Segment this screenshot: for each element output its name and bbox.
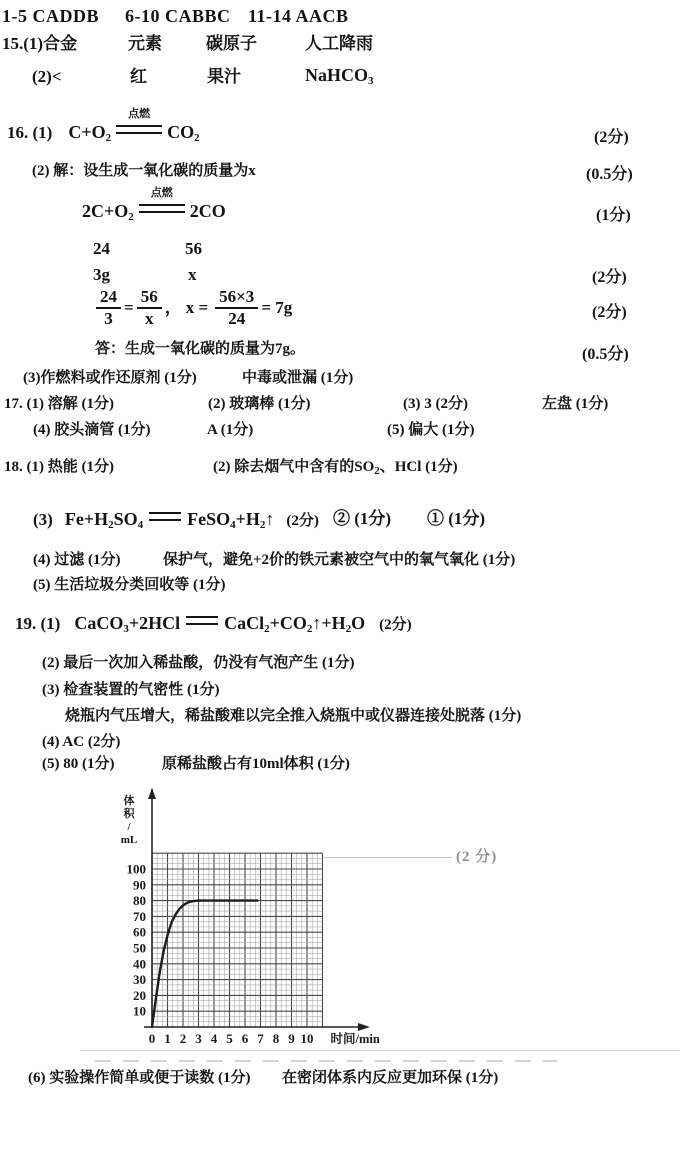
eq-lhs-sub: 2 xyxy=(106,132,112,144)
svg-text:6: 6 xyxy=(242,1031,249,1046)
eq-part: FeSO xyxy=(187,509,230,529)
scan-artifact-dashes xyxy=(95,1060,557,1062)
eq-rhs: 2CO xyxy=(190,201,226,221)
eq-lhs-sub: 2 xyxy=(128,211,134,223)
eq-part: Fe+H xyxy=(65,509,108,529)
given-mass: 3g xyxy=(93,264,110,285)
scan-artifact-line xyxy=(80,1050,680,1051)
svg-text:3: 3 xyxy=(195,1031,202,1046)
q17-3-answer: (3) 3 (2分) xyxy=(403,395,468,414)
q16-2-score: (0.5分) xyxy=(586,161,633,184)
answers-1-5: 1-5 CADDB xyxy=(2,5,99,28)
svg-text:60: 60 xyxy=(133,925,146,940)
eq-part: +H xyxy=(321,613,345,633)
eq-part: SO xyxy=(114,509,138,529)
q19-1-equation-row: 19. (1) CaCO3+2HClCaCl2+CO2↑+H2O (2分) xyxy=(15,612,412,637)
chart-score: (2 分) xyxy=(456,845,497,866)
denominator: 3 xyxy=(96,309,121,329)
q16-1-equation-row: 16. (1) C+O2点燃CO2 xyxy=(7,121,200,146)
answer-text-cont: 、HCl (1分) xyxy=(380,459,458,475)
q19-5-answer-b: 原稀盐酸占有10ml体积 (1分) xyxy=(162,755,350,774)
eq-rhs: CO xyxy=(167,122,194,142)
calculation-score: (2分) xyxy=(592,299,627,322)
svg-text:8: 8 xyxy=(273,1031,280,1046)
comma: ， xyxy=(165,297,182,318)
q17-4-answer-b: A (1分) xyxy=(207,421,253,440)
eq-part: CaCO xyxy=(74,613,123,633)
fraction-56-x: 56x xyxy=(137,287,162,328)
q19-6-answer-a: (6) 实验操作简单或便于读数 (1分) xyxy=(28,1069,250,1088)
svg-text:70: 70 xyxy=(133,909,146,924)
eq-part: +2HCl xyxy=(129,613,180,633)
numerator: 56 xyxy=(137,287,162,309)
q19-3-answer-a: (3) 检查装置的气密性 (1分) xyxy=(42,681,219,700)
score-leader-line xyxy=(324,857,452,858)
double-equals xyxy=(149,512,181,521)
svg-text:30: 30 xyxy=(133,972,146,987)
chart-svg: 102030405060708090100012345678910时间/min xyxy=(96,786,436,1068)
q17-4-answer: (4) 胶头滴管 (1分) xyxy=(33,421,150,440)
ylabel-char: 积 xyxy=(118,808,140,821)
q18-2-answer: (2) 除去烟气中含有的SO2、HCl (1分) xyxy=(213,458,458,479)
svg-text:7: 7 xyxy=(257,1031,264,1046)
gas-up-arrow: ↑ xyxy=(265,509,274,529)
caco3-hcl-equation: CaCO3+2HClCaCl2+CO2↑+H2O xyxy=(74,613,365,633)
proportion-calculation: 243 = 56x ， x = 56×324 = 7g xyxy=(93,287,292,328)
q16-1-number: 16. (1) xyxy=(7,123,52,142)
volume-time-chart: 102030405060708090100012345678910时间/min … xyxy=(96,786,456,1068)
q15-2-answer-2: 红 xyxy=(130,66,147,87)
eq-part: +H xyxy=(236,509,260,529)
denominator: 24 xyxy=(215,309,258,329)
q15-1-no-and-answer: 15.(1)合金 xyxy=(2,33,77,54)
q16-3-answer-b: 中毒或泄漏 (1分) xyxy=(242,369,353,388)
q18-1-answer: 18. (1) 热能 (1分) xyxy=(4,458,114,477)
iron-sulfuric-acid-equation: Fe+H2SO4FeSO4+H2↑ xyxy=(65,509,275,529)
eq-rhs-sub: 2 xyxy=(194,132,200,144)
svg-text:0: 0 xyxy=(149,1031,156,1046)
q18-3-equation-row: (3) Fe+H2SO4FeSO4+H2↑ (2分) xyxy=(33,508,319,533)
q15-2-answer-3: 果汁 xyxy=(207,66,241,87)
eq-lhs: 2C+O xyxy=(82,201,128,221)
q19-2-answer: (2) 最后一次加入稀盐酸，仍没有气泡产生 (1分) xyxy=(42,654,354,673)
eq-lhs: C+O xyxy=(68,122,105,142)
svg-text:1: 1 xyxy=(164,1031,171,1046)
q15-2-formula-nahco3: NaHCO3 xyxy=(305,64,374,89)
result-7g: = 7g xyxy=(261,297,292,318)
q16-3-answer-a: (3)作燃料或作还原剂 (1分) xyxy=(23,369,197,388)
q18-3-number: (3) xyxy=(33,510,53,529)
q15-1-answer-4: 人工降雨 xyxy=(305,33,373,54)
q15-1-answer-2: 元素 xyxy=(128,33,162,54)
eq-part: CaCl xyxy=(224,613,264,633)
unknown-x: x xyxy=(188,264,197,285)
q17-2-answer: (2) 玻璃棒 (1分) xyxy=(208,395,310,414)
svg-text:50: 50 xyxy=(133,941,146,956)
q15-2-no-and-answer: (2)< xyxy=(32,66,62,87)
q17-5-answer: (5) 偏大 (1分) xyxy=(387,421,474,440)
q16-answer-score: (0.5分) xyxy=(582,341,629,364)
svg-text:2: 2 xyxy=(180,1031,187,1046)
q19-1-score: (2分) xyxy=(379,617,412,633)
q19-3-answer-b: 烧瓶内气压增大，稀盐酸难以完全推入烧瓶中或仪器连接处脱落 (1分) xyxy=(65,707,521,726)
molar-mass-co: 56 xyxy=(185,238,202,259)
q19-4-answer: (4) AC (2分) xyxy=(42,733,120,752)
svg-text:5: 5 xyxy=(226,1031,233,1046)
svg-text:90: 90 xyxy=(133,877,146,892)
ignite-double-equals: 点燃 xyxy=(139,204,185,213)
svg-text:时间/min: 时间/min xyxy=(331,1031,380,1046)
q19-6-answer-b: 在密闭体系内反应更加环保 (1分) xyxy=(282,1069,498,1088)
eq-sub: 4 xyxy=(138,519,144,531)
combustion-equation-co2: C+O2点燃CO2 xyxy=(68,122,199,142)
eq-part: O xyxy=(351,613,365,633)
double-bond-bars xyxy=(116,125,162,134)
svg-text:80: 80 xyxy=(133,893,146,908)
proportion-score: (2分) xyxy=(592,264,627,287)
q19-1-number: 19. (1) xyxy=(15,614,60,633)
double-bond-bars xyxy=(139,204,185,213)
gas-up-arrow: ↑ xyxy=(312,613,321,633)
ylabel-unit: mL xyxy=(118,834,140,847)
q17-3-answer-b: 左盘 (1分) xyxy=(542,395,608,414)
fraction-24-3: 243 xyxy=(96,287,121,328)
double-equals xyxy=(186,616,218,625)
q16-2-setup-text: (2) 解：设生成一氧化碳的质量为x xyxy=(32,162,256,181)
exam-answer-key-page: 1-5 CADDB 6-10 CABBC 11-14 AACB 15.(1)合金… xyxy=(0,0,689,1160)
q16-2-eq-score: (1分) xyxy=(596,202,631,225)
svg-text:20: 20 xyxy=(133,988,146,1003)
numerator: 24 xyxy=(96,287,121,309)
condition-label: 点燃 xyxy=(128,109,150,120)
equals-sign: = xyxy=(124,297,134,318)
denominator: x xyxy=(137,309,162,329)
answers-6-10: 6-10 CABBC xyxy=(125,5,231,28)
q15-1-answer-3: 碳原子 xyxy=(206,33,257,54)
answers-11-14: 11-14 AACB xyxy=(248,5,349,28)
q18-5-answer: (5) 生活垃圾分类回收等 (1分) xyxy=(33,576,225,595)
q18-4-answer-a: (4) 过滤 (1分) xyxy=(33,551,120,570)
q18-3-score: (2分) xyxy=(286,513,319,529)
q17-1-answer: 17. (1) 溶解 (1分) xyxy=(4,395,114,414)
ignite-double-equals: 点燃 xyxy=(116,125,162,134)
q16-answer-sentence: 答：生成一氧化碳的质量为7g。 xyxy=(95,340,305,359)
x-equals: x = xyxy=(186,297,208,318)
ylabel-char: 体 xyxy=(118,795,140,808)
y-axis-label: 体 积 / mL xyxy=(118,795,140,847)
ylabel-char: / xyxy=(118,821,140,834)
eq-part: +CO xyxy=(270,613,307,633)
q18-3-choice-2: ② (1分) xyxy=(333,508,391,529)
formula-base: NaHCO xyxy=(305,65,368,85)
answer-text: (2) 除去烟气中含有的SO xyxy=(213,459,374,475)
q18-4-answer-b: 保护气，避免+2价的铁元素被空气中的氧气氧化 (1分) xyxy=(163,551,515,570)
svg-text:4: 4 xyxy=(211,1031,218,1046)
formula-subscript: 3 xyxy=(368,75,374,87)
svg-text:100: 100 xyxy=(127,862,147,877)
svg-text:10: 10 xyxy=(301,1031,314,1046)
fraction-56x3-24: 56×324 xyxy=(215,287,258,328)
svg-text:40: 40 xyxy=(133,956,146,971)
combustion-equation-co: 2C+O2点燃2CO xyxy=(82,200,226,225)
svg-text:10: 10 xyxy=(133,1004,146,1019)
q18-3-choice-1: ① (1分) xyxy=(427,508,485,529)
q19-5-answer-a: (5) 80 (1分) xyxy=(42,755,114,774)
numerator: 56×3 xyxy=(215,287,258,309)
condition-label: 点燃 xyxy=(151,188,173,199)
q16-1-score: (2分) xyxy=(594,124,629,147)
svg-text:9: 9 xyxy=(288,1031,295,1046)
molar-mass-carbon: 24 xyxy=(93,238,110,259)
